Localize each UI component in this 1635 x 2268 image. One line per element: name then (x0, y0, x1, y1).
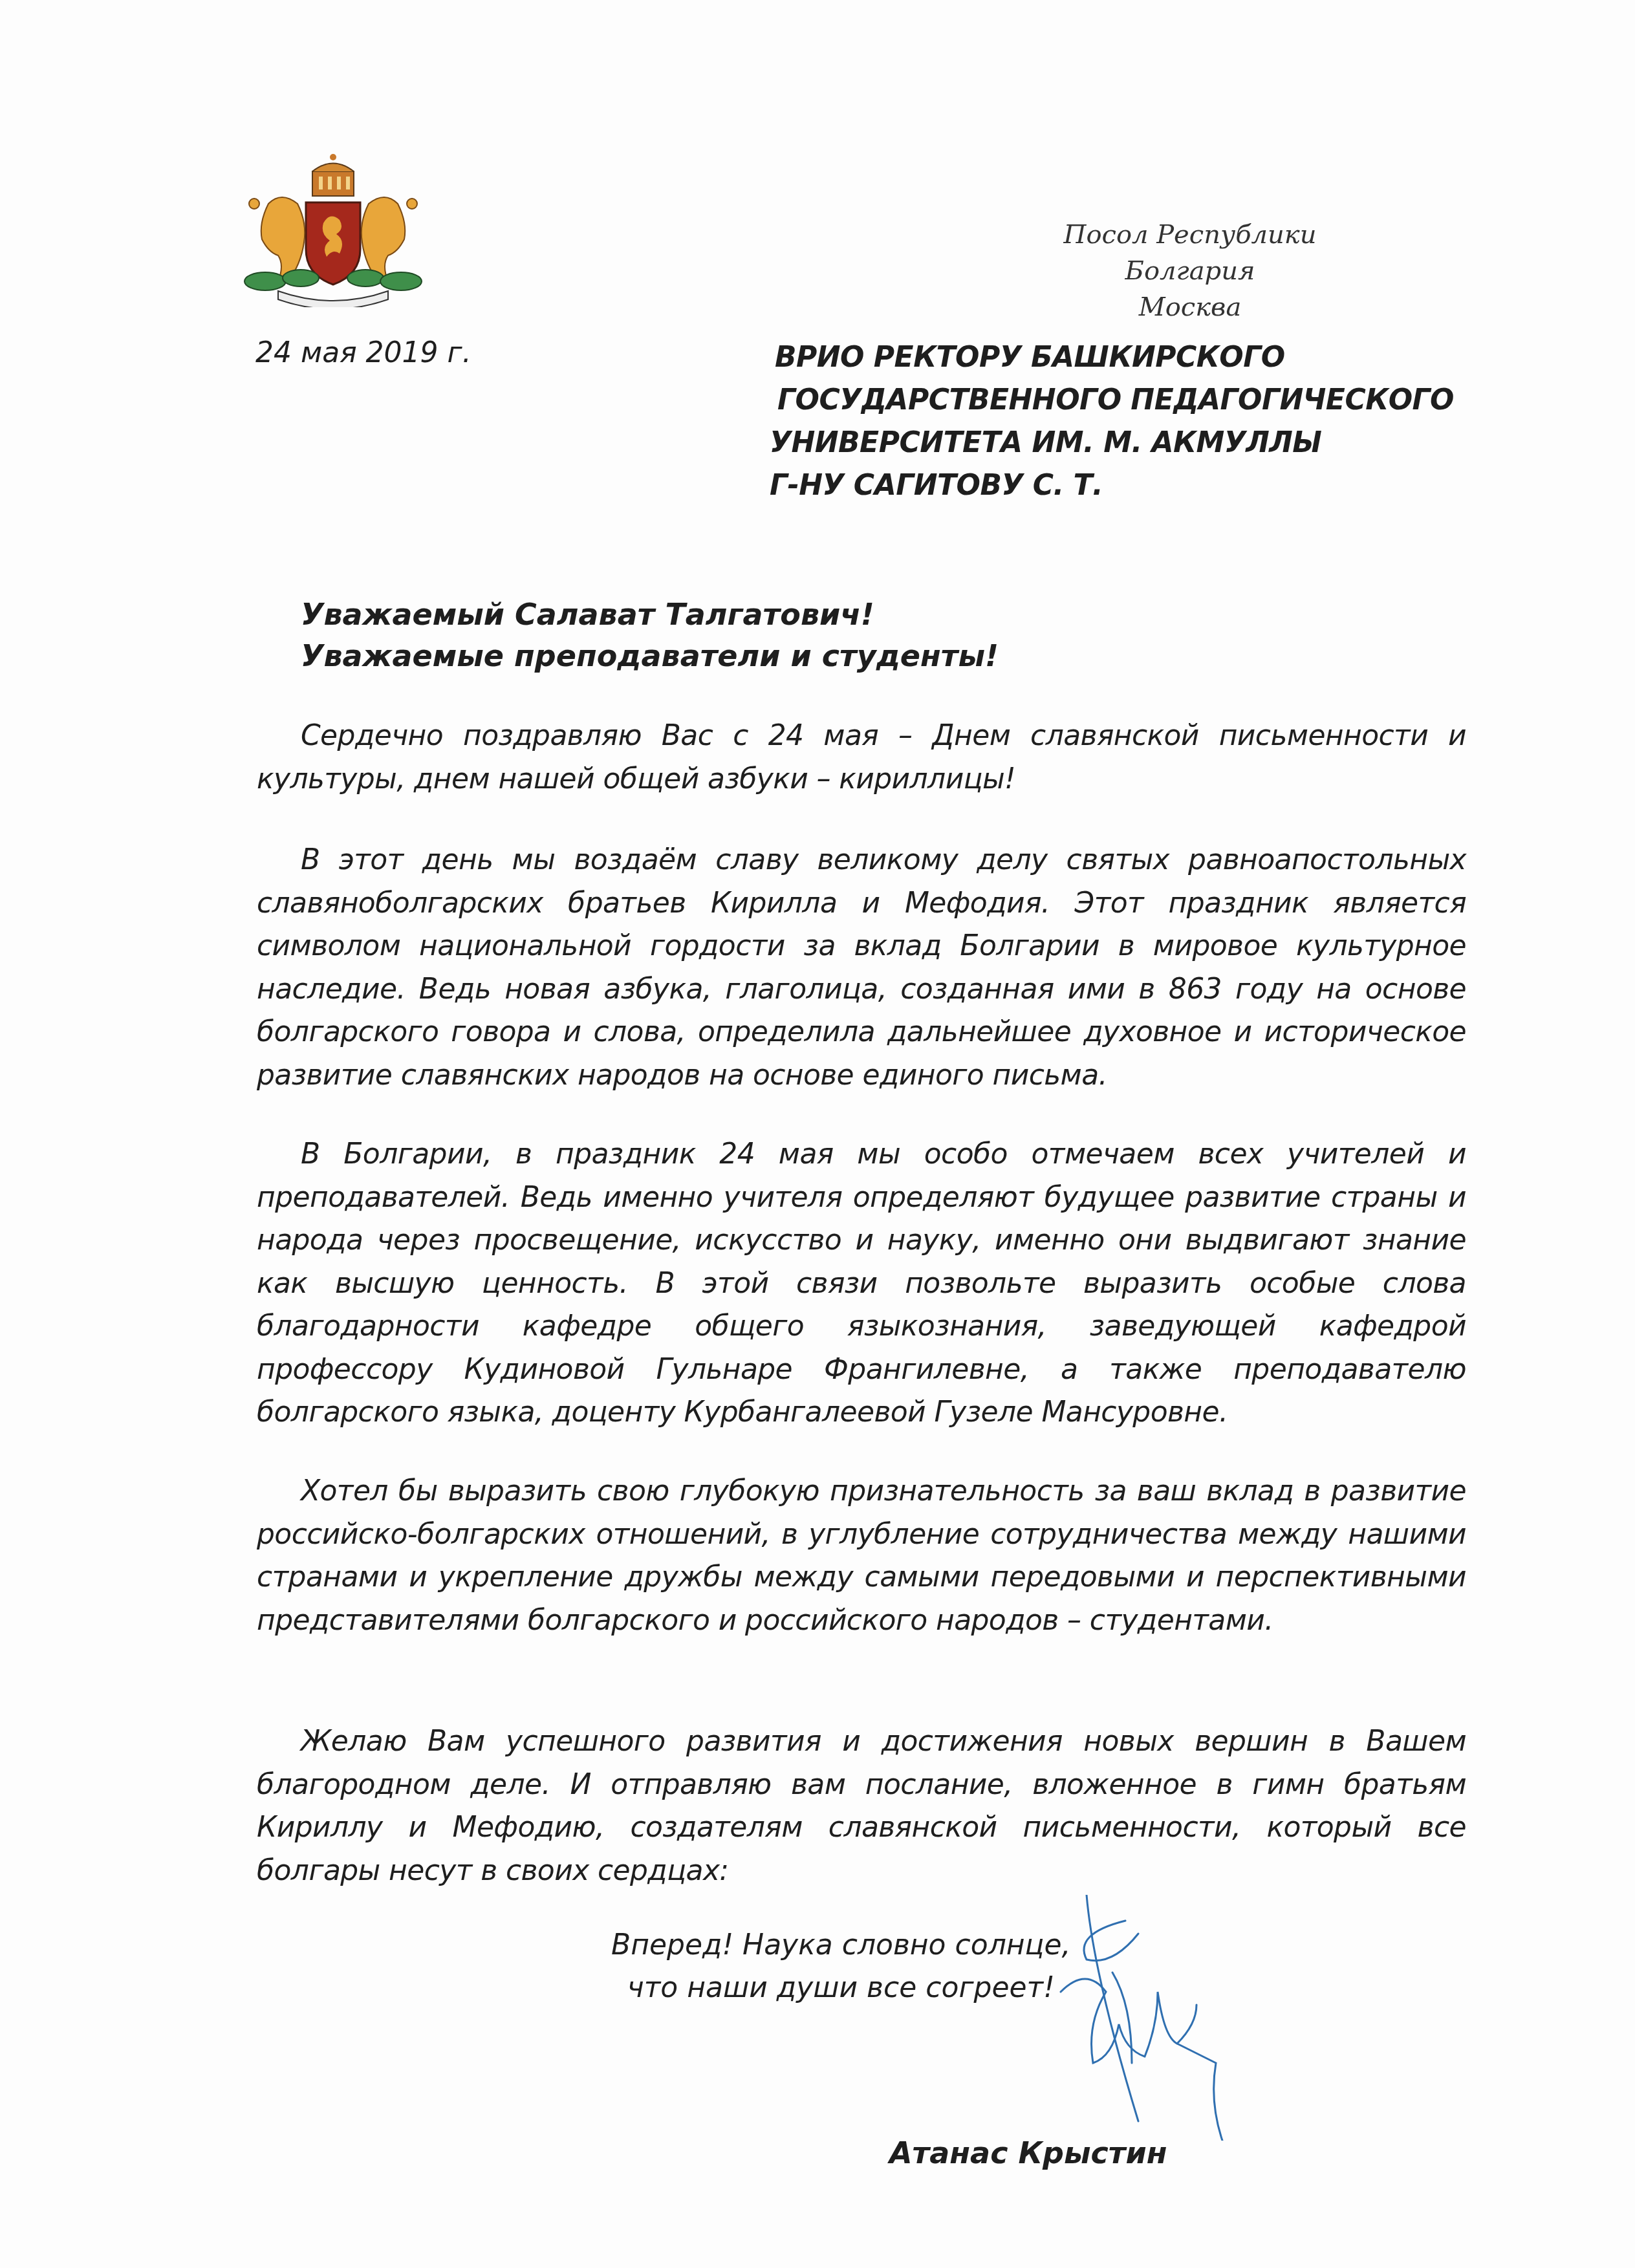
paragraph: Желаю Вам успешного развития и достижени… (257, 1720, 1466, 1892)
paragraph: Хотел бы выразить свою глубокую признате… (257, 1470, 1466, 1642)
salutation-line: Уважаемые преподаватели и студенты! (301, 635, 999, 676)
salutation-line: Уважаемый Салават Талгатович! (301, 594, 999, 635)
quote-line: что наши души все согреет! (611, 1967, 1071, 2009)
sender-block: Посол Республики Болгария Москва (996, 217, 1384, 325)
quote-line: Вперед! Наука словно солнце, (611, 1924, 1071, 1967)
recipient-block: ВРИО РЕКТОРУ БАШКИРСКОГО ГОСУДАРСТВЕННОГ… (770, 336, 1454, 507)
coat-of-arms-icon (230, 152, 437, 307)
letter-date: 24 мая 2019 г. (255, 336, 471, 369)
signer-name: Атанас Крыстин (889, 2135, 1167, 2170)
sender-city: Москва (996, 289, 1384, 325)
recipient-line: ВРИО РЕКТОРУ БАШКИРСКОГО (770, 336, 1454, 379)
salutation: Уважаемый Салават Талгатович! Уважаемые … (301, 594, 999, 676)
anthem-quote: Вперед! Наука словно солнце, что наши ду… (611, 1924, 1071, 2009)
recipient-line: Г-НУ САГИТОВУ С. Т. (770, 464, 1454, 507)
signature-icon (1048, 1895, 1242, 2141)
recipient-line: УНИВЕРСИТЕТА ИМ. М. АКМУЛЛЫ (770, 422, 1454, 464)
paragraph: В этот день мы воздаём славу великому де… (257, 839, 1466, 1097)
sender-title: Посол Республики Болгария (996, 217, 1384, 289)
letter-page: Посол Республики Болгария Москва 24 мая … (0, 0, 1635, 2268)
paragraph: Сердечно поздравляю Вас с 24 мая – Днем … (257, 715, 1466, 801)
recipient-line: ГОСУДАРСТВЕННОГО ПЕДАГОГИЧЕСКОГО (770, 379, 1454, 422)
paragraph: В Болгарии, в праздник 24 мая мы особо о… (257, 1133, 1466, 1434)
